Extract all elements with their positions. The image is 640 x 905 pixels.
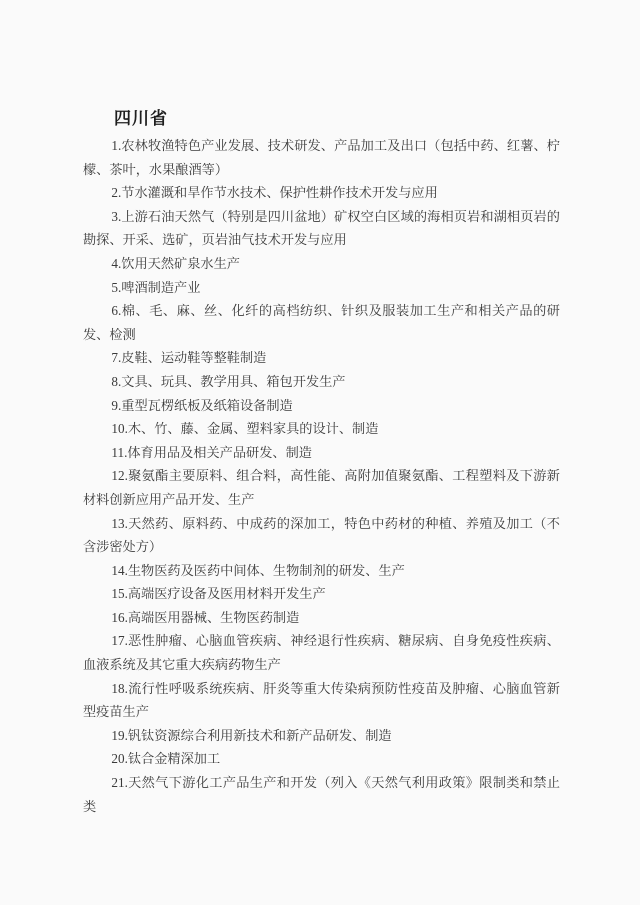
list-item: 12.聚氨酯主要原料、组合料，高性能、高附加值聚氨酯、工程塑料及下游新材料创新应… — [83, 464, 560, 511]
list-item: 13.天然药、原料药、中成药的深加工，特色中药材的种植、养殖及加工（不含涉密处方… — [83, 512, 560, 559]
list-item: 14.生物医药及医药中间体、生物制剂的研发、生产 — [83, 559, 560, 583]
list-item: 20.钛合金精深加工 — [83, 747, 560, 771]
item-list: 1.农林牧渔特色产业发展、技术研发、产品加工及出口（包括中药、红薯、柠檬、茶叶，… — [83, 134, 560, 818]
list-item: 3.上游石油天然气（特别是四川盆地）矿权空白区域的海相页岩和湖相页岩的勘探、开采… — [83, 205, 560, 252]
list-item: 21.天然气下游化工产品生产和开发（列入《天然气利用政策》限制类和禁止类 — [83, 771, 560, 818]
list-item: 4.饮用天然矿泉水生产 — [83, 252, 560, 276]
list-item: 9.重型瓦楞纸板及纸箱设备制造 — [83, 394, 560, 418]
list-item: 15.高端医疗设备及医用材料开发生产 — [83, 582, 560, 606]
list-item: 1.农林牧渔特色产业发展、技术研发、产品加工及出口（包括中药、红薯、柠檬、茶叶，… — [83, 134, 560, 181]
document-page: 四川省 1.农林牧渔特色产业发展、技术研发、产品加工及出口（包括中药、红薯、柠檬… — [0, 0, 640, 905]
list-item: 2.节水灌溉和旱作节水技术、保护性耕作技术开发与应用 — [83, 181, 560, 205]
list-item: 17.恶性肿瘤、心脑血管疾病、神经退行性疾病、糖尿病、自身免疫性疾病、血液系统及… — [83, 629, 560, 676]
section-title: 四川省 — [114, 106, 560, 131]
list-item: 19.钒钛资源综合利用新技术和新产品研发、制造 — [83, 724, 560, 748]
list-item: 16.高端医用器械、生物医药制造 — [83, 606, 560, 630]
list-item: 5.啤酒制造产业 — [83, 276, 560, 300]
list-item: 18.流行性呼吸系统疾病、肝炎等重大传染病预防性疫苗及肿瘤、心脑血管新型疫苗生产 — [83, 677, 560, 724]
list-item: 10.木、竹、藤、金属、塑料家具的设计、制造 — [83, 417, 560, 441]
list-item: 7.皮鞋、运动鞋等整鞋制造 — [83, 346, 560, 370]
list-item: 11.体育用品及相关产品研发、制造 — [83, 441, 560, 465]
document-content: 四川省 1.农林牧渔特色产业发展、技术研发、产品加工及出口（包括中药、红薯、柠檬… — [83, 106, 560, 818]
list-item: 8.文具、玩具、教学用具、箱包开发生产 — [83, 370, 560, 394]
list-item: 6.棉、毛、麻、丝、化纤的高档纺织、针织及服装加工生产和相关产品的研发、检测 — [83, 299, 560, 346]
